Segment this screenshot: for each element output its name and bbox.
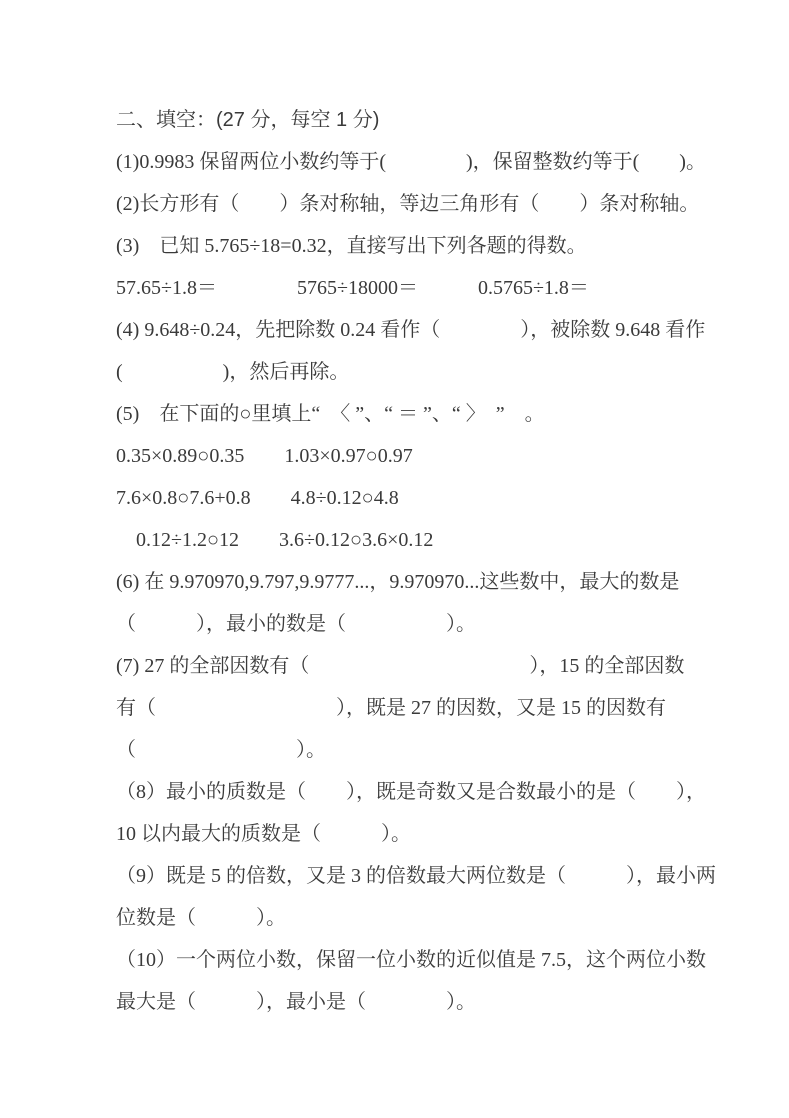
worksheet-line-q5-row1: 0.35×0.89○0.35 1.03×0.97○0.97 <box>116 435 759 477</box>
worksheet-line-q7: (7) 27 的全部因数有（ ），15 的全部因数 <box>116 645 759 687</box>
worksheet-line-q2: (2)长方形有（ ）条对称轴，等边三角形有（ ）条对称轴。 <box>116 183 759 225</box>
worksheet-page: 二、填空：(27 分，每空 1 分) (1)0.9983 保留两位小数约等于( … <box>0 0 789 1118</box>
worksheet-line-q9: （9）既是 5 的倍数，又是 3 的倍数最大两位数是（ ），最小两 <box>116 855 759 897</box>
worksheet-line-q4: (4) 9.648÷0.24，先把除数 0.24 看作（ ），被除数 9.648… <box>116 309 759 351</box>
worksheet-line-q4-cont: ( )，然后再除。 <box>116 351 759 393</box>
worksheet-line-q7-cont2: （ ）。 <box>116 729 759 771</box>
worksheet-line-q10-cont: 最大是（ ），最小是（ ）。 <box>116 981 759 1023</box>
worksheet-line-q7-cont1: 有（ ），既是 27 的因数，又是 15 的因数有 <box>116 687 759 729</box>
worksheet-line-q5-row3: 0.12÷1.2○12 3.6÷0.12○3.6×0.12 <box>116 519 759 561</box>
section-title: 二、填空：(27 分，每空 1 分) <box>116 99 759 141</box>
worksheet-line-q3: (3) 已知 5.765÷18=0.32，直接写出下列各题的得数。 <box>116 225 759 267</box>
worksheet-line-q6-cont: （ ），最小的数是（ ）。 <box>116 603 759 645</box>
worksheet-line-q8-cont: 10 以内最大的质数是（ ）。 <box>116 813 759 855</box>
worksheet-line-q5: (5) 在下面的○里填上“ 〈 ”、“ ＝ ”、“ 〉 ” 。 <box>116 393 759 435</box>
worksheet-line-q10: （10）一个两位小数，保留一位小数的近似值是 7.5，这个两位小数 <box>116 939 759 981</box>
worksheet-line-q5-row2: 7.6×0.8○7.6+0.8 4.8÷0.12○4.8 <box>116 477 759 519</box>
worksheet-line-q6: (6) 在 9.970970,9.797,9.9777...，9.970970.… <box>116 561 759 603</box>
worksheet-document: 二、填空：(27 分，每空 1 分) (1)0.9983 保留两位小数约等于( … <box>116 99 759 1023</box>
worksheet-line-q1: (1)0.9983 保留两位小数约等于( )，保留整数约等于( )。 <box>116 141 759 183</box>
worksheet-line-q3-equations: 57.65÷1.8＝ 5765÷18000＝ 0.5765÷1.8＝ <box>116 267 759 309</box>
worksheet-line-q9-cont: 位数是（ ）。 <box>116 897 759 939</box>
worksheet-line-q8: （8）最小的质数是（ ），既是奇数又是合数最小的是（ ）， <box>116 771 759 813</box>
